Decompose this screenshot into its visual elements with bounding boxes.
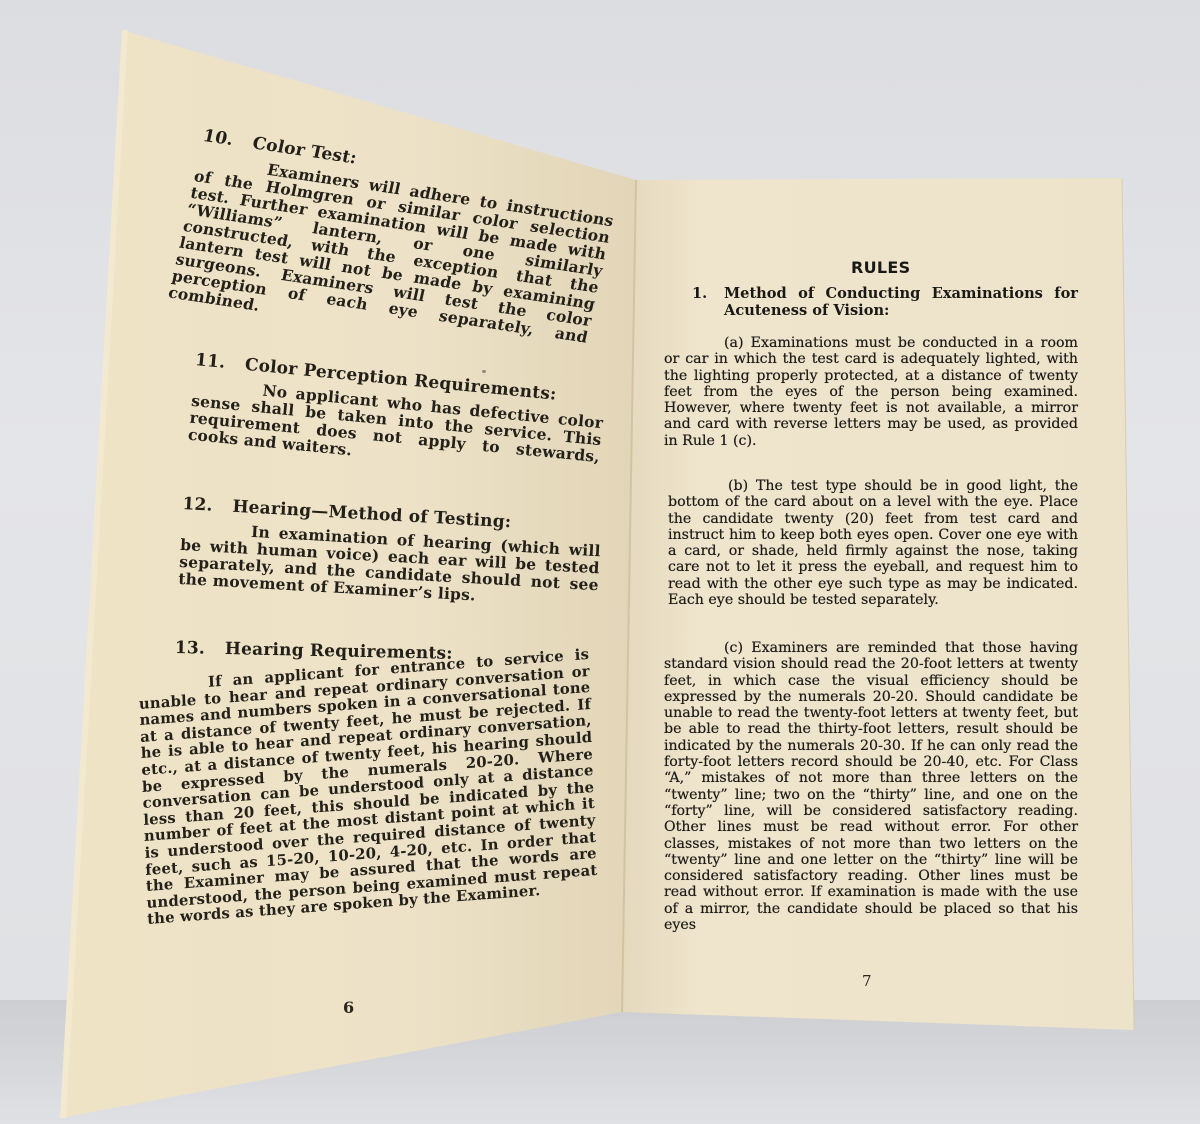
rule-paragraph-a: (a) Examinations must be conducted in a …: [664, 335, 1078, 449]
paragraph-text: (b) The test type should be in good ligh…: [668, 478, 1078, 608]
rule-title: Method of Conducting Examinations for Ac…: [724, 286, 1078, 319]
section-number: 12.: [182, 496, 207, 514]
paragraph-text: (c) Examiners are reminded that those ha…: [664, 640, 1078, 933]
rule-paragraph-b: (b) The test type should be in good ligh…: [668, 478, 1078, 608]
ink-smudge: [482, 370, 486, 373]
section-13-body: If an applicant for entrance to service …: [138, 647, 598, 929]
section-number: 10.: [201, 128, 228, 148]
rule-1-heading: 1. Method of Conducting Examinations for…: [692, 286, 1078, 319]
rule-paragraph-c: (c) Examiners are reminded that those ha…: [664, 640, 1078, 933]
rules-heading: RULES: [851, 258, 910, 277]
paragraph-text: (a) Examinations must be conducted in a …: [664, 335, 1078, 449]
section-number: 13.: [175, 640, 199, 657]
section-number: 11.: [194, 352, 220, 371]
page-number-left: 6: [343, 998, 354, 1017]
page-number-right: 7: [862, 972, 872, 990]
rule-number: 1.: [692, 286, 707, 303]
section-body: If an applicant for entrance to service …: [138, 647, 598, 929]
